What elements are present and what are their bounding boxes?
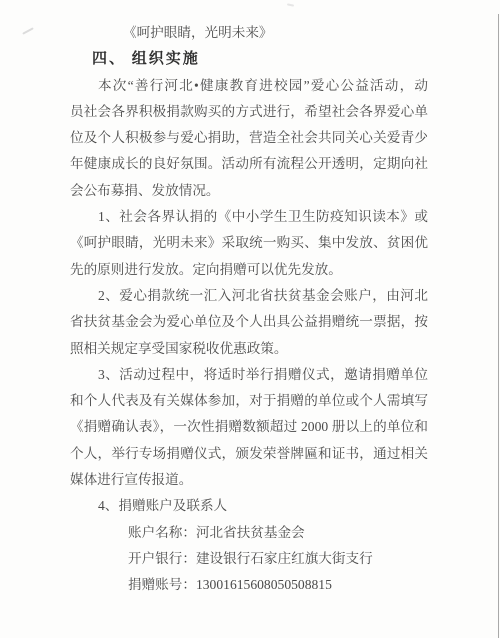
smudge-artifact [22,27,34,34]
item1-line-2: 《呵护眼睛，光明未来》采取统一购买、集中发放、贫困优 [70,230,428,256]
item3-line-1: 3、活动过程中，将适时举行捐赠仪式，邀请捐赠单位 [70,362,428,388]
bank-line: 开户银行：建设银行石家庄红旗大街支行 [70,546,428,572]
item2-line-2: 省扶贫基金会为爱心单位及个人出具公益捐赠统一票据，按 [70,309,428,335]
item3-line-5: 媒体进行宣传报道。 [70,467,428,493]
account-number-line: 捐赠账号：13001615608050508815 [70,572,428,598]
item3-line-3: 《捐赠确认表》，一次性捐赠数额超过 2000 册以上的单位和 [70,414,428,440]
item4-heading-line: 4、捐赠账户及联系人 [70,493,428,519]
intro-line-3: 位及个人积极参与爱心捐助，营造全社会共同关心关爱青少 [70,125,428,151]
item3-line-4: 个人，举行专场捐赠仪式，颁发荣誉牌匾和证书，通过相关 [70,441,428,467]
intro-line-1: 本次“善行河北•健康教育进校园”爱心公益活动，动 [70,73,428,99]
intro-line-2: 员社会各界积极捐款购买的方式进行，希望社会各界爱心单 [70,99,428,125]
scanned-document-page: 《呵护眼睛，光明未来》 四、 组织实施 本次“善行河北•健康教育进校园”爱心公益… [0,0,500,638]
intro-line-5: 会公布募捐、发放情况。 [70,178,428,204]
section-heading: 四、 组织实施 [70,46,428,72]
item3-line-2: 和个人代表及有关媒体参加，对于捐赠的单位或个人需填写 [70,388,428,414]
item1-line-3: 先的原则进行发放。定向捐赠可以优先发放。 [70,257,428,283]
speck-artifact [287,3,294,6]
item2-line-1: 2、爱心捐款统一汇入河北省扶贫基金会账户，由河北 [70,283,428,309]
account-name-line: 账户名称：河北省扶贫基金会 [70,520,428,546]
document-text-block: 《呵护眼睛，光明未来》 四、 组织实施 本次“善行河北•健康教育进校园”爱心公益… [70,20,428,599]
intro-line-4: 年健康成长的良好氛围。活动所有流程公开透明，定期向社 [70,151,428,177]
book-title-line: 《呵护眼睛，光明未来》 [70,20,428,46]
item1-line-1: 1、社会各界认捐的《中小学生卫生防疫知识读本》或 [70,204,428,230]
item2-line-3: 照相关规定享受国家税收优惠政策。 [70,336,428,362]
scan-edge-artifact [498,14,500,638]
